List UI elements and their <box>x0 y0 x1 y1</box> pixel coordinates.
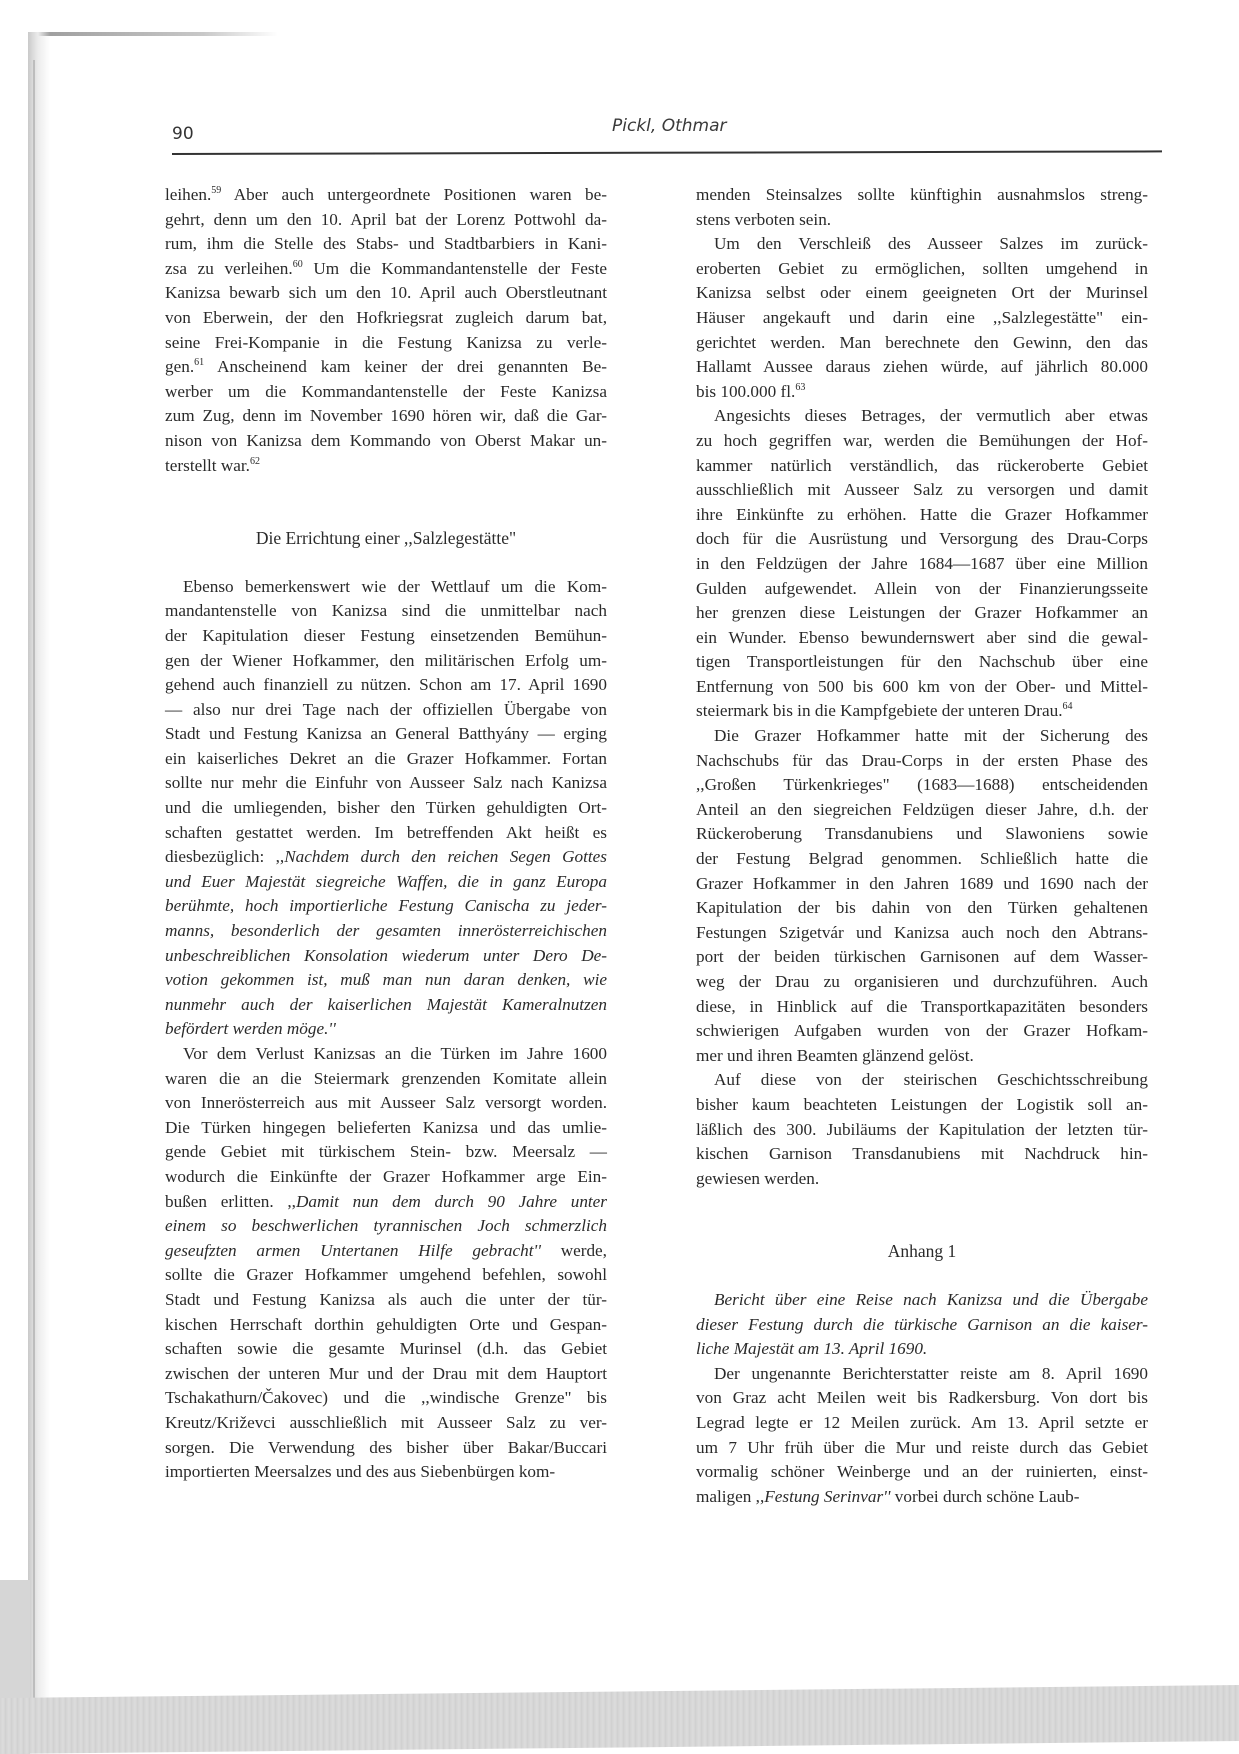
paragraph: Angesichts dieses Betrages, der vermutli… <box>696 404 1148 724</box>
text-line: Der ungenannte Berichterstatter reiste a… <box>696 1362 1148 1387</box>
text-line: Die Grazer Hofkammer hatte mit der Siche… <box>696 724 1148 749</box>
scan-edge-bottom <box>0 1685 1239 1754</box>
text-line: ihre Einkünfte zu erhöhen. Hatte die Gra… <box>696 503 1148 528</box>
page-number: 90 <box>172 124 194 144</box>
appendix-title: Bericht über eine Reise nach Kanizsa und… <box>696 1288 1148 1362</box>
text-line: mandantenstelle von Kanizsa sind die unm… <box>165 599 607 624</box>
text-line: kischen Herrschaft dorthin gehuldigten O… <box>165 1313 607 1338</box>
text-line: zwischen der unteren Mur und der Drau mi… <box>165 1362 607 1387</box>
text-line: einem so beschwerlichen tyrannischen Joc… <box>165 1214 607 1239</box>
text-line: ausschließlich mit Ausseer Salz zu verso… <box>696 478 1148 503</box>
scan-edge-top <box>28 32 278 36</box>
text-line: Die Türken hingegen belieferten Kanizsa … <box>165 1116 607 1141</box>
text-line: Kanizsa bewarb sich um den 10. April auc… <box>165 281 607 306</box>
paragraph: Die Grazer Hofkammer hatte mit der Siche… <box>696 724 1148 1068</box>
text-line: schaften gestattet werden. Im betreffend… <box>165 821 607 846</box>
text-line: — also nur drei Tage nach der offizielle… <box>165 698 607 723</box>
text-line: port der beiden türkischen Garnisonen au… <box>696 945 1148 970</box>
text-line: waren die an die Steiermark grenzenden K… <box>165 1067 607 1092</box>
text-line: in den Feldzügen der Jahre 1684—1687 übe… <box>696 552 1148 577</box>
text-line: Stadt und Festung Kanizsa als auch die u… <box>165 1288 607 1313</box>
text-line: gehrt, denn um den 10. April bat der Lor… <box>165 208 607 233</box>
text-line: um 7 Uhr früh über die Mur und reiste du… <box>696 1436 1148 1461</box>
text-line: gehend auch finanziell zu nützen. Schon … <box>165 673 607 698</box>
left-column: leihen.59 Aber auch untergeordnete Posit… <box>165 183 607 1485</box>
text-line: doch für die Ausrüstung und Versorgung d… <box>696 527 1148 552</box>
text-line: berühmte, hoch importierliche Festung Ca… <box>165 894 607 919</box>
text-line: der Kapitulation dieser Festung einsetze… <box>165 624 607 649</box>
scan-binding-line <box>33 60 35 1700</box>
text-line: befördert werden möge.'' <box>165 1017 607 1042</box>
text-line: Auf diese von der steirischen Geschichts… <box>696 1068 1148 1093</box>
running-head-author: Pickl, Othmar <box>612 116 726 136</box>
text-line: von Graz acht Meilen weit bis Radkersbur… <box>696 1386 1148 1411</box>
text-line: wodurch die Einkünfte der Grazer Hofkamm… <box>165 1165 607 1190</box>
text-line: eroberten Gebiet zu ermöglichen, sollten… <box>696 257 1148 282</box>
text-line: zum Zug, denn im November 1690 hören wir… <box>165 404 607 429</box>
text-line: seine Frei-Kompanie in die Festung Kaniz… <box>165 331 607 356</box>
text-line: Stadt und Festung Kanizsa an General Bat… <box>165 722 607 747</box>
footnote-ref: 62 <box>250 456 260 467</box>
text-line: Grazer Hofkammer in den Jahren 1689 und … <box>696 872 1148 897</box>
text-line: von Eberwein, der den Hofkriegsrat zugle… <box>165 306 607 331</box>
paragraph: Der ungenannte Berichterstatter reiste a… <box>696 1362 1148 1510</box>
spacer <box>165 551 607 575</box>
text-line: Um den Verschleiß des Ausseer Salzes im … <box>696 232 1148 257</box>
text-line: vormalig schöner Weinberge und an der ru… <box>696 1460 1148 1485</box>
text-line: zu hoch gegriffen war, werden die Bemühu… <box>696 429 1148 454</box>
scan-edge-left <box>28 32 50 1702</box>
text-line: sollte die Grazer Hofkammer umgehend bef… <box>165 1263 607 1288</box>
text-line: Hallamt Aussee daraus ziehen würde, auf … <box>696 355 1148 380</box>
text-line: Rückeroberung Transdanubiens und Slawoni… <box>696 822 1148 847</box>
text-line: Ebenso bemerkenswert wie der Wettlauf um… <box>165 575 607 600</box>
text-line: diese, in Hinblick auf die Transportkapa… <box>696 995 1148 1020</box>
spacer <box>696 1264 1148 1288</box>
footnote-ref: 64 <box>1063 701 1073 712</box>
text-line: Kapitulation der bis dahin von den Türke… <box>696 896 1148 921</box>
right-column: menden Steinsalzes sollte künftighin aus… <box>696 183 1148 1509</box>
footnote-ref: 59 <box>211 185 221 196</box>
text-line: mer und ihren Beamten glänzend gelöst. <box>696 1044 1148 1069</box>
text-line: ,,Großen Türkenkrieges" (1683—1688) ents… <box>696 773 1148 798</box>
text-line: gen.61 Anscheinend kam keiner der drei g… <box>165 355 607 380</box>
text-line: kammer natürlich verständlich, das rücke… <box>696 454 1148 479</box>
text-line: weg der Drau zu organisieren und durchzu… <box>696 970 1148 995</box>
text-line: unbeschreiblichen Konsolation wiederum u… <box>165 944 607 969</box>
text-line: bisher kaum beachteten Leistungen der Lo… <box>696 1093 1148 1118</box>
text-line: Nachschubs für das Drau-Corps in der ers… <box>696 749 1148 774</box>
text-line: Häuser angekauft und darin eine ,,Salzle… <box>696 306 1148 331</box>
text-line: Bericht über eine Reise nach Kanizsa und… <box>696 1288 1148 1313</box>
text-line: Kreutz/Križevci ausschließlich mit Ausse… <box>165 1411 607 1436</box>
paragraph: Auf diese von der steirischen Geschichts… <box>696 1068 1148 1191</box>
text-line: Kanizsa selbst oder einem geeigneten Ort… <box>696 281 1148 306</box>
paragraph: Vor dem Verlust Kanizsas an die Türken i… <box>165 1042 607 1485</box>
text-line: läßlich des 300. Jubiläums der Kapitulat… <box>696 1118 1148 1143</box>
text-line: steiermark bis in die Kampfgebiete der u… <box>696 699 1148 724</box>
text-line: zsa zu verleihen.60 Um die Kommandantens… <box>165 257 607 282</box>
text-line: und Euer Majestät siegreiche Waffen, die… <box>165 870 607 895</box>
spacer <box>165 478 607 526</box>
footnote-ref: 60 <box>293 259 303 270</box>
text-line: maligen ,,Festung Serinvar'' vorbei durc… <box>696 1485 1148 1510</box>
text-line: diesbezüglich: ,,Nachdem durch den reich… <box>165 845 607 870</box>
text-line: schaften sowie die gesamte Murinsel (d.h… <box>165 1337 607 1362</box>
text-line: terstellt war.62 <box>165 454 607 479</box>
text-line: Anteil an den siegreichen Feldzügen dies… <box>696 798 1148 823</box>
text-line: Gulden aufgewendet. Allein von der Finan… <box>696 577 1148 602</box>
text-line: und die umliegenden, bisher den Türken g… <box>165 796 607 821</box>
text-line: gewiesen werden. <box>696 1167 1148 1192</box>
text-line: rum, ihm die Stelle des Stabs- und Stadt… <box>165 232 607 257</box>
section-heading: Die Errichtung einer ,,Salzlegestätte" <box>165 526 607 551</box>
text-line: liche Majestät am 13. April 1690. <box>696 1337 1148 1362</box>
spacer <box>696 1191 1148 1239</box>
text-line: ein kaiserliches Dekret an die Grazer Ho… <box>165 747 607 772</box>
text-line: Angesichts dieses Betrages, der vermutli… <box>696 404 1148 429</box>
text-line: stens verboten sein. <box>696 208 1148 233</box>
text-line: gen der Wiener Hofkammer, den militärisc… <box>165 649 607 674</box>
text-line: von Innerösterreich aus mit Ausseer Salz… <box>165 1091 607 1116</box>
text-line: dieser Festung durch die türkische Garni… <box>696 1313 1148 1338</box>
text-line: leihen.59 Aber auch untergeordnete Posit… <box>165 183 607 208</box>
text-line: bußen erlitten. ,,Damit nun dem durch 90… <box>165 1190 607 1215</box>
text-line: sorgen. Die Verwendung des bisher über B… <box>165 1436 607 1461</box>
text-line: menden Steinsalzes sollte künftighin aus… <box>696 183 1148 208</box>
text-line: Entfernung von 500 bis 600 km von der Ob… <box>696 675 1148 700</box>
running-head: 90 Pickl, Othmar <box>172 112 1158 152</box>
text-line: werber um die Kommandantenstelle der Fes… <box>165 380 607 405</box>
text-line: votion gekommen ist, muß man nun daran d… <box>165 968 607 993</box>
text-line: geseufzten armen Untertanen Hilfe gebrac… <box>165 1239 607 1264</box>
paragraph: menden Steinsalzes sollte künftighin aus… <box>696 183 1148 232</box>
text-line: der Festung Belgrad genommen. Schließlic… <box>696 847 1148 872</box>
text-line: nunmehr auch der kaiserlichen Majestät K… <box>165 993 607 1018</box>
text-line: Legrad legte er 12 Meilen zurück. Am 13.… <box>696 1411 1148 1436</box>
text-line: schwierigen Aufgaben wurden von der Graz… <box>696 1019 1148 1044</box>
text-line: ein Wunder. Ebenso bewundernswert aber s… <box>696 626 1148 651</box>
paragraph: leihen.59 Aber auch untergeordnete Posit… <box>165 183 607 478</box>
text-line: gende Gebiet mit türkischem Stein- bzw. … <box>165 1140 607 1165</box>
footnote-ref: 63 <box>795 382 805 393</box>
text-line: Tschakathurn/Čakovec) und die ,,windisch… <box>165 1386 607 1411</box>
text-line: Festungen Szigetvár und Kanizsa auch noc… <box>696 921 1148 946</box>
text-line: Vor dem Verlust Kanizsas an die Türken i… <box>165 1042 607 1067</box>
text-line: her grenzen diese Leistungen der Grazer … <box>696 601 1148 626</box>
paragraph: Um den Verschleiß des Ausseer Salzes im … <box>696 232 1148 404</box>
text-line: gerichtet werden. Man berechnete den Gew… <box>696 331 1148 356</box>
text-line: sollte nur mehr die Einfuhr von Ausseer … <box>165 771 607 796</box>
footnote-ref: 61 <box>194 357 204 368</box>
text-line: tigen Transportleistungen für den Nachsc… <box>696 650 1148 675</box>
appendix-heading: Anhang 1 <box>696 1239 1148 1264</box>
text-line: importierten Meersalzes und des aus Sieb… <box>165 1460 607 1485</box>
text-line: kischen Garnison Transdanubiens mit Nach… <box>696 1142 1148 1167</box>
text-line: bis 100.000 fl.63 <box>696 380 1148 405</box>
text-line: manns, besonderlich der gesamten innerös… <box>165 919 607 944</box>
paragraph: Ebenso bemerkenswert wie der Wettlauf um… <box>165 575 607 1042</box>
text-line: nison von Kanizsa dem Kommando von Obers… <box>165 429 607 454</box>
